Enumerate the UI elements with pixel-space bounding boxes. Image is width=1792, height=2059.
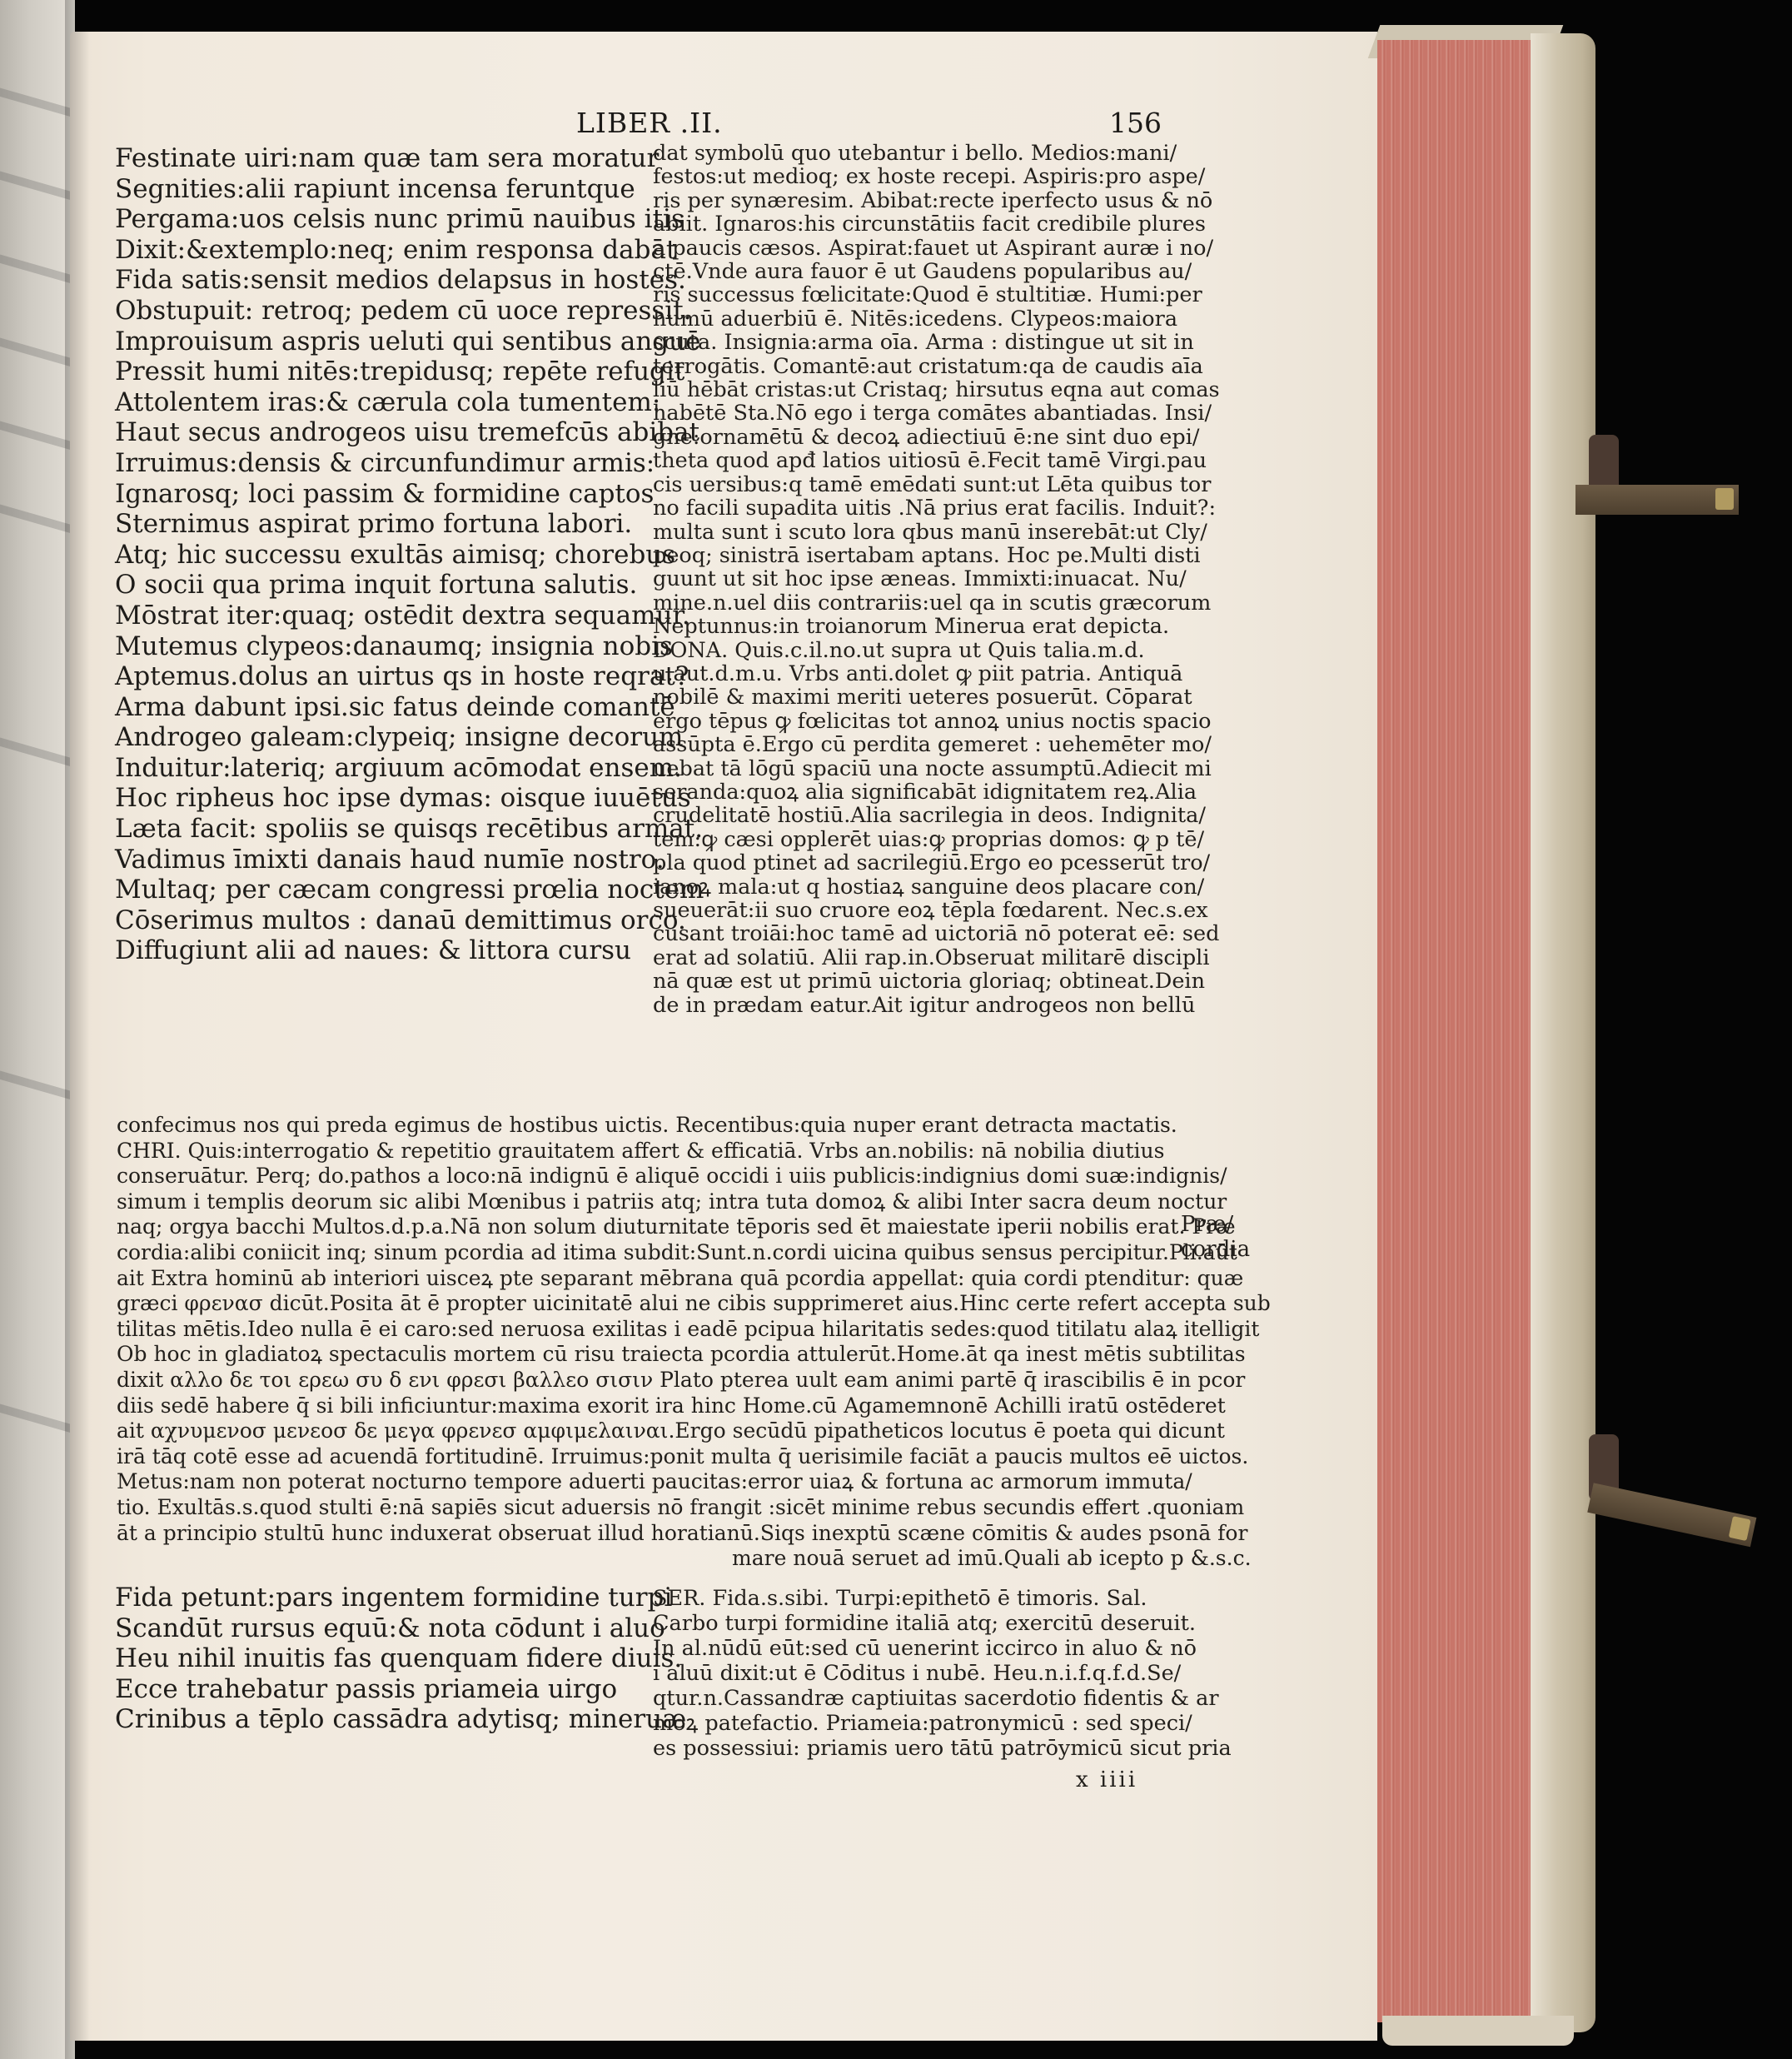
commentary-line: Carbo turpi formidine italiā atq; exerci… [653,1611,1186,1636]
verse-line: Ecce trahebatur passis priameia uirgo [115,1674,640,1705]
verse-line: Irruimus:densis & circunfundimur armis: [115,448,640,479]
commentary-line: ianoꝝ mala:ut q hostiaꝝ sanguine deos pl… [653,875,1186,899]
commentary-line: ergo tēpus ꝙ fœlicitas tot annoꝝ unius n… [653,710,1186,733]
bleed-through-text [0,736,75,772]
commentary-line: guunt ut sit hoc ipse æneas. Immixti:inu… [653,567,1186,591]
bleed-through-text [0,87,75,122]
verse-line: Dixit:&extemplo:neq; enim responsa dabāt [115,235,640,266]
commentary-line: nobilē & maximi meriti ueteres posuerūt.… [653,686,1186,709]
verse-line: Improuisum aspris ueluti qui sentibus an… [115,327,640,357]
signature-mark: x iiii [1076,1767,1137,1792]
commentary-line: tio. Exultās.s.quod stulti ē:nā sapiēs s… [117,1495,1191,1521]
verse-line: Mutemus clypeos:danaumq; insignia nobis [115,631,640,662]
verse-line: Fida petunt:pars ingentem formidine turp… [115,1583,640,1613]
commentary-line: cusant troiāi:hoc tamē ad uictoriā nō po… [653,922,1186,945]
verse-line: Induitur:lateriq; argiuum acōmodat ensem… [115,753,640,784]
commentary-line: es possessiui: priamis uero tātū patrōym… [653,1736,1186,1761]
verse-line: Segnities:alii rapiunt incensa feruntque [115,174,640,205]
brass-clasp-icon [1715,488,1734,510]
verse-line: Haut secus androgeos uisu tremefcūs abib… [115,417,640,448]
commentary-line: terrogātis. Comantē:aut cristatum:qa de … [653,355,1186,378]
commentary-line: scuta. Insignia:arma oīa. Arma : disting… [653,331,1186,354]
bleed-through-text [0,503,75,539]
commentary-line: liū hēbāt cristas:ut Cristaq; hirsutus e… [653,378,1186,401]
commentary-line: græci φρενασ dicūt.Posita āt ē propter u… [117,1291,1191,1317]
commentary-line: confecimus nos qui preda egimus de hosti… [117,1113,1191,1139]
commentary-line: festos:ut medioq; ex hoste recepi. Aspir… [653,165,1186,188]
commentary-line: crudelitatē hostiū.Alia sacrilegia in de… [653,804,1186,827]
commentary-line: Ob hoc in gladiatoꝝ spectaculis mortem c… [117,1342,1191,1368]
commentary-line: naq; orgya bacchi Multos.d.p.a.Nā non so… [117,1214,1191,1240]
brass-clasp-icon [1729,1516,1751,1541]
commentary-line: ait αχνυμενοσ μενεοσ δε μεγα φρενεσ αμφι… [117,1418,1191,1444]
commentary-line: moꝝ patefactio. Priameia:patronymicū : s… [653,1711,1186,1736]
verse-line: Pergama:uos celsis nunc primū nauibus it… [115,204,640,235]
verse-line: Atq; hic successu exultās aimisq; choreb… [115,540,640,571]
verse-line: Obstupuit: retroq; pedem cū uoce repress… [115,296,640,327]
bleed-through-text [0,170,75,206]
commentary-column-right: dat symbolū quo utebantur i bello. Medio… [653,142,1186,1017]
verse-line: Diffugiunt alii ad naues: & littora curs… [115,935,640,966]
verse-line: Fida satis:sensit medios delapsus in hos… [115,265,640,296]
verse-line: Androgeo galeam:clypeiq; insigne decorum [115,722,640,753]
commentary-line: abiit. Ignaros:his circunstātiis facit c… [653,212,1186,236]
commentary-line: cis uersibus:q tamē emēdati sunt:ut Lēta… [653,473,1186,496]
bleed-through-text [0,1069,75,1105]
commentary-line: qtur.n.Cassandræ captiuitas sacerdotio f… [653,1686,1186,1711]
verse-line: Arma dabunt ipsi.sic fatus deinde comant… [115,692,640,723]
verse-line: Vadimus īmixti danais haud numīe nostro. [115,845,640,875]
commentary-line: mine.n.uel diis contrariis:uel qa in scu… [653,591,1186,615]
vellum-cover [1531,33,1595,2032]
verse-line: Cōserimus multos : danaū demittimus orco… [115,905,640,936]
commentary-line: assūpta ē.Ergo cū perdita gemeret : uehe… [653,733,1186,756]
commentary-line: humū aduerbiū ē. Nitēs:icedens. Clypeos:… [653,307,1186,331]
commentary-line: no facili supadita uitis .Nā prius erat … [653,496,1186,520]
gutter-shadow [65,0,90,2059]
verse-line: Multaq; per cæcam congressi prœlia nocte… [115,875,640,905]
folio-number: 156 [1109,107,1162,139]
commentary-line: diis sedē habere q̄ si bili inficiuntur:… [117,1393,1191,1419]
verse-column-bottom: Fida petunt:pars ingentem formidine turp… [115,1583,640,1735]
commentary-line: cordia:alibi coniicit inq; sinum pcordia… [117,1240,1191,1266]
commentary-line: uebat tā lōgū spaciū una nocte assumptū.… [653,757,1186,780]
commentary-line: gne:ornamētū & decoꝝ adiectiuū ē:ne sint… [653,426,1186,449]
bleed-through-text [0,420,75,456]
bleed-through-text [0,1403,75,1438]
commentary-line: sueuerāt:ii suo cruore eoꝝ tēpla fœdaren… [653,899,1186,922]
verse-column-top: Festinate uiri:nam quæ tam sera moratur … [115,143,640,966]
commentary-line: a paucis cæsos. Aspirat:fauet ut Aspiran… [653,237,1186,260]
verse-line: Crinibus a tēplo cassādra adytisq; miner… [115,1704,640,1735]
commentary-line: CHRI. Quis:interrogatio & repetitio grau… [117,1139,1191,1164]
commentary-line: seranda:quoꝝ alia significabāt idignitat… [653,780,1186,804]
commentary-line: mare nouā seruet ad imū.Quali ab icepto … [117,1546,1191,1572]
verse-line: Mōstrat iter:quaq; ostēdit dextra sequam… [115,601,640,631]
cover-bottom-edge [1382,2016,1574,2046]
bleed-through-text [0,253,75,289]
commentary-line: multa sunt i scuto lora qbus manū insere… [653,521,1186,544]
commentary-line: simum i templis deorum sic alibi Mœnibus… [117,1189,1191,1215]
verse-line: O socii qua prima inquit fortuna salutis… [115,570,640,601]
verse-line: Pressit humi nitēs:trepidusq; repēte ref… [115,356,640,387]
commentary-line: DONA. Quis.c.il.no.ut supra ut Quis tali… [653,639,1186,662]
commentary-full-width: confecimus nos qui preda egimus de hosti… [117,1113,1191,1572]
commentary-line: ris successus fœlicitate:Quod ē stultiti… [653,283,1186,307]
commentary-line: tem:ꝙ cæsi opplerēt uias:ꝙ proprias domo… [653,828,1186,851]
commentary-column-bottom: SER. Fida.s.sibi. Turpi:epithetō ē timor… [653,1586,1186,1761]
commentary-line: peoq; sinistrā isertabam aptans. Hoc pe.… [653,544,1186,567]
commentary-line: Metus:nam non poterat nocturno tempore a… [117,1469,1191,1495]
bleed-through-text [0,337,75,372]
commentary-line: ctē.Vnde aura fauor ē ut Gaudens popular… [653,260,1186,283]
commentary-line: habētē Sta.Nō ego i terga comātes abanti… [653,401,1186,425]
commentary-line: dixit αλλο δε τοι ερεω συ δ ενι φρεσι βα… [117,1368,1191,1393]
commentary-line: ait Extra hominū ab interiori uisceꝝ pte… [117,1266,1191,1292]
commentary-line: theta quod apđ latios uitiosū ē.Fecit ta… [653,449,1186,472]
red-page-edges [1377,40,1532,2022]
commentary-line: nā quæ est ut primū uictoria gloriaq; ob… [653,970,1186,993]
clasp-strap-top[interactable] [1575,485,1739,515]
commentary-line: ris per synæresim. Abibat:recte iperfect… [653,189,1186,212]
facing-left-page [0,0,75,2059]
verse-line: Heu nihil inuitis fas quenquam fidere di… [115,1643,640,1674]
commentary-line: erat ad solatiū. Alii rap.in.Obseruat mi… [653,946,1186,970]
verse-line: Attolentem iras:& cærula cola tumentem: [115,387,640,418]
verse-line: Læta facit: spoliis se quisqs recētibus … [115,814,640,845]
verse-line: Sternimus aspirat primo fortuna labori. [115,509,640,540]
commentary-line: SER. Fida.s.sibi. Turpi:epithetō ē timor… [653,1586,1186,1611]
verse-line: Ignarosq; loci passim & formidine captos [115,479,640,510]
commentary-line: In al.nūdū eūt:sed cū uenerint iccirco i… [653,1636,1186,1661]
commentary-line: u.aut.d.m.u. Vrbs anti.dolet ꝙ piit patr… [653,662,1186,686]
commentary-line: conseruātur. Perq; do.pathos a loco:nā i… [117,1164,1191,1189]
verse-line: Hoc ripheus hoc ipse dymas: oisque iuuēt… [115,783,640,814]
verse-line: Scandūt rursus equū:& nota cōdunt i aluo [115,1613,640,1644]
verse-line: Aptemus.dolus an uirtus qs in hoste reqr… [115,661,640,692]
margin-note-line: cordia [1181,1237,1250,1262]
commentary-line: i aluū dixit:ut ē Cōditus i nubē. Heu.n.… [653,1661,1186,1686]
verse-line: Festinate uiri:nam quæ tam sera moratur [115,143,640,174]
marginal-note: Præ/ cordia [1181,1212,1250,1262]
margin-note-line: Præ/ [1181,1212,1250,1237]
commentary-line: pla quod ptinet ad sacrilegiū.Ergo eo pc… [653,851,1186,875]
commentary-line: dat symbolū quo utebantur i bello. Medio… [653,142,1186,165]
running-head: LIBER .II. [576,107,723,139]
commentary-line: tilitas mētis.Ideo nulla ē ei caro:sed n… [117,1317,1191,1343]
clasp-strap-bottom[interactable] [1587,1483,1756,1547]
commentary-line: āt a principio stultū hunc induxerat obs… [117,1521,1191,1547]
commentary-line: irā tāq cotē esse ad acuendā fortitudinē… [117,1444,1191,1470]
commentary-line: de in prædam eatur.Ait igitur androgeos … [653,994,1186,1017]
commentary-line: Neptunnus:in troianorum Minerua erat dep… [653,615,1186,638]
